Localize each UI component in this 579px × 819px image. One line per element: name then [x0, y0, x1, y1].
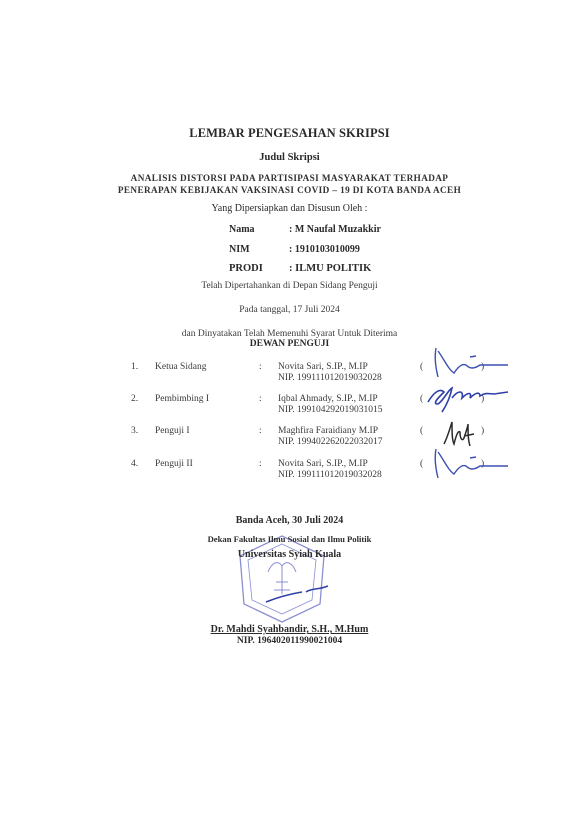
examiner-nip: NIP. 199402262022032017	[278, 437, 383, 447]
signature-ketua-sidang	[430, 345, 510, 379]
separator: :	[259, 426, 262, 436]
dean-name: Dr. Mahdi Syahbandir, S.H., M.Hum	[0, 624, 579, 635]
thesis-title: ANALISIS DISTORSI PADA PARTISIPASI MASYA…	[0, 172, 579, 196]
signature-pembimbing	[424, 380, 510, 414]
defended-text: Telah Dipertahankan di Depan Sidang Peng…	[0, 281, 579, 291]
examiner-nip: NIP. 199111012019032028	[278, 470, 382, 480]
prodi-label: PRODI	[229, 263, 289, 274]
examiner-nip: NIP. 199104292019031015	[278, 405, 383, 415]
examiner-name: Iqbal Ahmady, S.IP., M.IP NIP. 199104292…	[278, 394, 383, 416]
paren-close: )	[481, 426, 484, 436]
examiner-name-text: Iqbal Ahmady, S.IP., M.IP	[278, 394, 378, 404]
examiner-number: 1.	[131, 362, 138, 372]
separator: :	[259, 362, 262, 372]
examiner-role: Penguji I	[155, 426, 190, 436]
signature-penguji-2	[430, 446, 510, 480]
dean-nip: NIP. 196402011990021004	[0, 636, 579, 646]
examiner-name: Novita Sari, S.IP., M.IP NIP. 1991110120…	[278, 362, 382, 384]
nim-value: : 1910103010099	[289, 244, 360, 255]
prodi-value: : ILMU POLITIK	[289, 263, 371, 274]
approval-place-date: Banda Aceh, 30 Juli 2024	[0, 515, 579, 526]
paren-open: (	[420, 459, 423, 469]
examiner-name: Maghfira Faraidiany M.IP NIP. 1994022620…	[278, 426, 383, 448]
examiner-role: Pembimbing I	[155, 394, 209, 404]
paren-open: (	[420, 362, 423, 372]
examiner-name-text: Novita Sari, S.IP., M.IP	[278, 362, 368, 372]
thesis-subtitle: Judul Skripsi	[0, 152, 579, 163]
faculty-stamp	[232, 532, 332, 624]
prepared-by: Yang Dipersiapkan dan Disusun Oleh :	[0, 203, 579, 214]
examiner-role: Penguji II	[155, 459, 193, 469]
accepted-text: dan Dinyatakan Telah Memenuhi Syarat Unt…	[0, 329, 579, 339]
paren-open: (	[420, 426, 423, 436]
examiner-name-text: Maghfira Faraidiany M.IP	[278, 426, 378, 436]
examiner-number: 4.	[131, 459, 138, 469]
thesis-title-line-1: ANALISIS DISTORSI PADA PARTISIPASI MASYA…	[0, 172, 579, 184]
paren-open: (	[420, 394, 423, 404]
separator: :	[259, 394, 262, 404]
thesis-title-line-2: PENERAPAN KEBIJAKAN VAKSINASI COVID – 19…	[0, 184, 579, 196]
page-title: LEMBAR PENGESAHAN SKRIPSI	[0, 126, 579, 141]
signature-penguji-1	[440, 418, 480, 448]
separator: :	[259, 459, 262, 469]
examiner-nip: NIP. 199111012019032028	[278, 373, 382, 383]
examiner-name: Novita Sari, S.IP., M.IP NIP. 1991110120…	[278, 459, 382, 481]
examiner-number: 3.	[131, 426, 138, 436]
defense-date: Pada tanggal, 17 Juli 2024	[0, 305, 579, 315]
name-label: Nama	[229, 224, 289, 235]
examiner-number: 2.	[131, 394, 138, 404]
university-name: Universitas Syiah Kuala	[0, 549, 579, 560]
examiner-name-text: Novita Sari, S.IP., M.IP	[278, 459, 368, 469]
name-value: : M Naufal Muzakkir	[289, 224, 381, 235]
nim-label: NIM	[229, 244, 289, 255]
examiner-role: Ketua Sidang	[155, 362, 206, 372]
dean-title: Dekan Fakultas Ilmu Sosial dan Ilmu Poli…	[0, 534, 579, 544]
